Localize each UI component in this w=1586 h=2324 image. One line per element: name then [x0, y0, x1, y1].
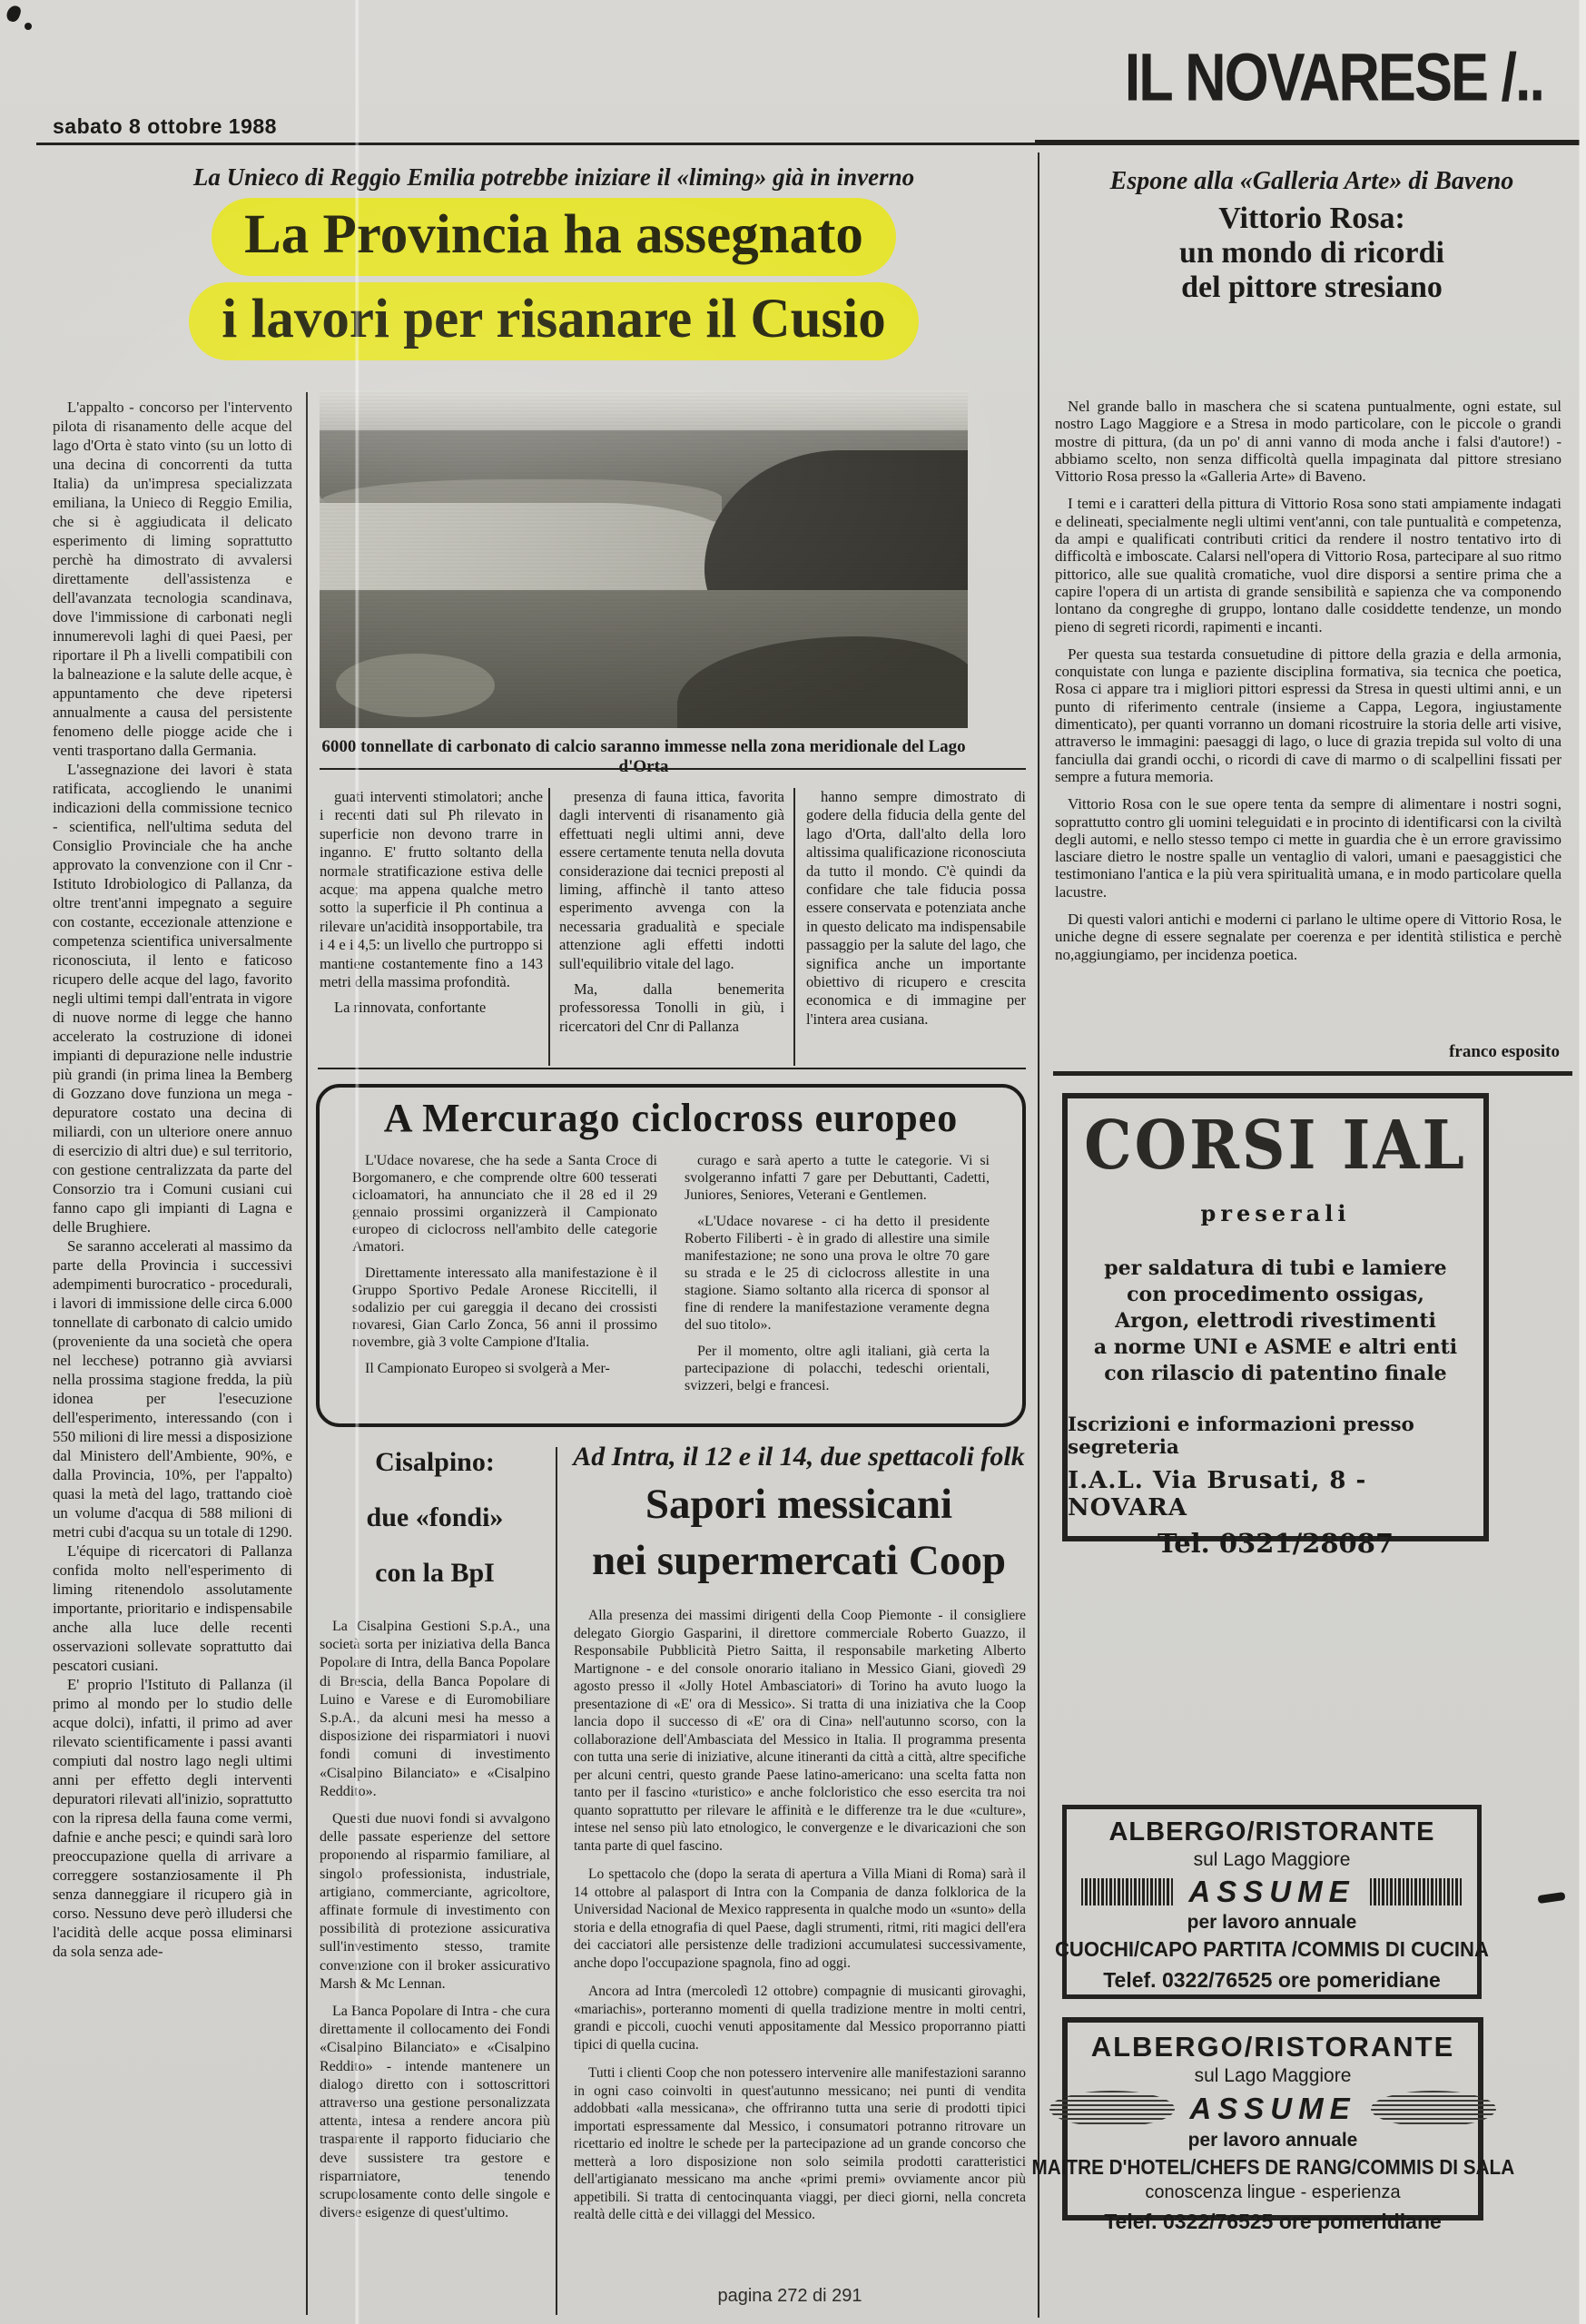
paragraph: Vittorio Rosa con le sue opere tenta da …: [1055, 795, 1561, 901]
column-divider: [548, 788, 550, 1066]
paragraph: Se saranno accelerati al massimo da part…: [53, 1236, 292, 1541]
cisalpino-title-line-3: con la BpI: [320, 1560, 550, 1587]
corsi-ad-phone: Tel. 0321/28087: [1157, 1528, 1394, 1559]
sapori-kicker: Ad Intra, il 12 e il 14, due spettacoli …: [572, 1442, 1026, 1472]
corsi-ad-title: CORSI IAL: [1084, 1105, 1467, 1184]
paragraph: Di questi valori antichi e moderni ci pa…: [1055, 911, 1561, 963]
cisalpino-body: La Cisalpina Gestioni S.p.A., una societ…: [320, 1618, 550, 2311]
albergo2-phone: Telef. 0322/76525 ore pomeridiane: [1104, 2210, 1442, 2234]
paragraph: La Cisalpina Gestioni S.p.A., una societ…: [320, 1618, 550, 1801]
mercurago-right-column: curago e sarà aperto a tutte le categori…: [685, 1152, 990, 1417]
cisalpino-title-line-1: Cisalpino:: [320, 1449, 550, 1476]
albergo1-line2: CUOCHI/CAPO PARTITA /COMMIS DI CUCINA: [1055, 1937, 1489, 1962]
caption-rule: [320, 768, 1026, 770]
albergo2-line3: conoscenza lingue - esperienza: [1145, 2182, 1400, 2203]
paragraph: Per questa sua testarda consuetudine di …: [1055, 645, 1561, 785]
page-indicator: pagina 272 di 291: [635, 2286, 944, 2307]
striped-ellipse-decoration: [1371, 2091, 1496, 2127]
corsi-ial-ad: CORSI IAL preserali per saldatura di tub…: [1062, 1093, 1489, 1541]
lake-photo: [320, 390, 968, 728]
corsi-ad-info: Iscrizioni e informazioni presso segrete…: [1068, 1413, 1483, 1459]
sapori-body: Alla presenza dei massimi dirigenti dell…: [574, 1607, 1026, 2313]
paragraph: Ancora ad Intra (mercoledì 12 ottobre) c…: [574, 1983, 1026, 2053]
paragraph: I temi e i caratteri della pittura di Vi…: [1055, 495, 1561, 635]
cisalpino-title-line-2: due «fondi»: [320, 1504, 550, 1531]
cisalpino-title: Cisalpino: due «fondi» con la BpI: [320, 1449, 550, 1615]
albergo1-title: ALBERGO/RISTORANTE: [1108, 1817, 1434, 1847]
lead-kicker: La Unieco di Reggio Emilia potrebbe iniz…: [136, 163, 971, 192]
corsi-ad-subtitle: preserali: [1201, 1200, 1351, 1226]
albergo2-assume: ASSUME: [1189, 2092, 1355, 2126]
paragraph: Ma, dalla benemerita professoressa Tonol…: [559, 980, 784, 1036]
section-rule: [1053, 1071, 1572, 1076]
rosa-byline: franco esposito: [1055, 1042, 1560, 1062]
mercurago-title: A Mercurago ciclocross europeo: [320, 1095, 1022, 1141]
paragraph: L'Udace novarese, che ha sede a Santa Cr…: [352, 1152, 657, 1256]
paragraph: Tutti i clienti Coop che non potessero i…: [574, 2064, 1026, 2224]
mercurago-article-box: A Mercurago ciclocross europeo L'Udace n…: [316, 1084, 1026, 1427]
column-divider: [793, 788, 795, 1066]
barcode-decoration: [1370, 1878, 1463, 1905]
column-divider: [1038, 153, 1039, 2318]
masthead-title: IL NOVARESE /..: [1125, 39, 1543, 116]
paragraph: L'appalto - concorso per l'intervento pi…: [53, 398, 292, 760]
paragraph: E' proprio l'Istituto di Pallanza (il pr…: [53, 1675, 292, 1961]
albergo2-assume-row: ASSUME: [1049, 2091, 1495, 2127]
header-rule-right: [1035, 140, 1580, 145]
paragraph: Il Campionato Europeo si svolgerà a Mer-: [352, 1360, 657, 1377]
headline-line-1: La Provincia ha assegnato: [212, 198, 896, 276]
newspaper-page: sabato 8 ottobre 1988 IL NOVARESE /.. La…: [0, 0, 1586, 2324]
albergo-ad-2: ALBERGO/RISTORANTE sul Lago Maggiore ASS…: [1062, 2017, 1483, 2221]
headline-line-2: i lavori per risanare il Cusio: [189, 282, 918, 360]
albergo2-line1: per lavoro annuale: [1188, 2130, 1358, 2152]
sapori-title-line-1: Sapori messicani: [572, 1480, 1026, 1529]
ink-blot: [25, 23, 32, 30]
albergo1-line1: per lavoro annuale: [1187, 1912, 1357, 1934]
ad-line: con rilascio di patentino finale: [1094, 1361, 1457, 1387]
ink-blot: [5, 4, 22, 24]
paragraph: Lo spettacolo che (dopo la serata di ape…: [574, 1866, 1026, 1972]
paragraph: «L'Udace novarese - ci ha detto il presi…: [685, 1213, 990, 1334]
rosa-body: Nel grande ballo in maschera che si scat…: [1055, 398, 1561, 1039]
albergo1-assume-row: ASSUME: [1081, 1875, 1462, 1909]
paragraph: L'assegnazione dei lavori è stata ratifi…: [53, 760, 292, 1236]
lead-column-3: presenza di fauna ittica, favorita dagli…: [559, 788, 784, 1066]
photo-grain: [320, 390, 968, 728]
paragraph: Nel grande ballo in maschera che si scat…: [1055, 398, 1561, 485]
albergo2-title: ALBERGO/RISTORANTE: [1091, 2031, 1455, 2063]
paragraph: Alla presenza dei massimi dirigenti dell…: [574, 1607, 1026, 1855]
paragraph: presenza di fauna ittica, favorita dagli…: [559, 788, 784, 973]
paragraph: hanno sempre dimostrato di godere della …: [806, 788, 1026, 1029]
column-divider: [306, 392, 308, 2315]
ad-line: Argon, elettrodi rivestimenti: [1094, 1308, 1457, 1334]
header-rule: [36, 143, 1035, 145]
rosa-title: Vittorio Rosa: un mondo di ricordi del p…: [1053, 202, 1571, 305]
paragraph: La rinnovata, confortante: [320, 999, 543, 1017]
lead-headline: La Provincia ha assegnato i lavori per r…: [127, 198, 980, 360]
lead-column-1: L'appalto - concorso per l'intervento pi…: [53, 398, 292, 2309]
paragraph: La Banca Popolare di Intra - che cura di…: [320, 2003, 550, 2222]
issue-date: sabato 8 ottobre 1988: [53, 114, 277, 139]
albergo2-subtitle: sul Lago Maggiore: [1195, 2065, 1352, 2087]
corsi-ad-body: per saldatura di tubi e lamiere con proc…: [1094, 1256, 1457, 1387]
scan-mark: [1538, 1892, 1566, 1904]
photo-caption: 6000 tonnellate di carbonato di calcio s…: [320, 737, 968, 777]
ad-line: con procedimento ossigas,: [1094, 1282, 1457, 1308]
corsi-ad-address: I.A.L. Via Brusati, 8 - NOVARA: [1068, 1467, 1483, 1521]
paragraph: L'équipe di ricercatori di Pallanza conf…: [53, 1541, 292, 1675]
lead-column-4: hanno sempre dimostrato di godere della …: [806, 788, 1026, 1066]
paragraph: guati interventi stimolatori; anche i re…: [320, 788, 543, 991]
rosa-title-line-2: un mondo di ricordi: [1053, 236, 1571, 271]
rosa-title-line-1: Vittorio Rosa:: [1053, 202, 1571, 236]
sapori-title-line-2: nei supermercati Coop: [572, 1536, 1026, 1585]
paragraph: curago e sarà aperto a tutte le categori…: [685, 1152, 990, 1204]
rosa-title-line-3: del pittore stresiano: [1053, 271, 1571, 305]
paragraph: Direttamente interessato alla manifestaz…: [352, 1265, 657, 1351]
ad-line: per saldatura di tubi e lamiere: [1094, 1256, 1457, 1282]
albergo1-subtitle: sul Lago Maggiore: [1194, 1849, 1351, 1871]
albergo-ad-1: ALBERGO/RISTORANTE sul Lago Maggiore ASS…: [1062, 1805, 1482, 1999]
albergo1-phone: Telef. 0322/76525 ore pomeridiane: [1103, 1968, 1441, 1993]
paragraph: Per il momento, oltre agli italiani, già…: [685, 1343, 990, 1394]
mercurago-left-column: L'Udace novarese, che ha sede a Santa Cr…: [352, 1152, 657, 1417]
mercurago-columns: L'Udace novarese, che ha sede a Santa Cr…: [320, 1141, 1022, 1417]
ad-line: a norme UNI e ASME e altri enti: [1094, 1334, 1457, 1361]
lead-column-2: guati interventi stimolatori; anche i re…: [320, 788, 543, 1066]
barcode-decoration: [1081, 1878, 1174, 1905]
striped-ellipse-decoration: [1049, 2091, 1175, 2127]
albergo2-line2: MAITRE D'HOTEL/CHEFS DE RANG/COMMIS DI S…: [1031, 2155, 1514, 2180]
albergo1-assume: ASSUME: [1188, 1875, 1355, 1909]
column-divider: [556, 1447, 557, 2315]
paragraph: Questi due nuovi fondi si avvalgono dell…: [320, 1810, 550, 1994]
section-rule: [318, 1068, 1026, 1069]
rosa-kicker: Espone alla «Galleria Arte» di Baveno: [1053, 167, 1571, 196]
